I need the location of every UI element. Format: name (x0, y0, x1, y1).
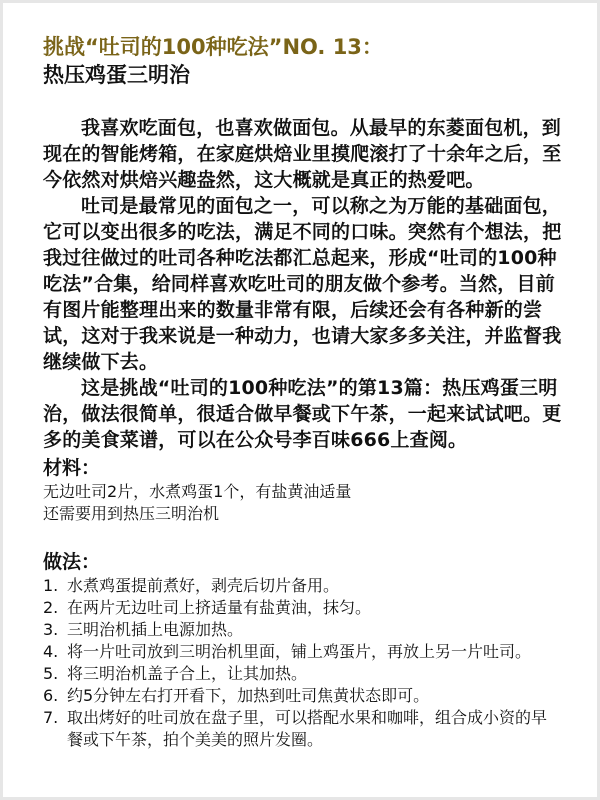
step-text: 将一片吐司放到三明治机里面，铺上鸡蛋片，再放上另一片吐司。 (67, 641, 557, 663)
step-number: 3. (43, 619, 67, 641)
step-text: 约5分钟左右打开看下，加热到吐司焦黄状态即可。 (67, 685, 557, 707)
step-text: 三明治机插上电源加热。 (67, 619, 557, 641)
step-number: 6. (43, 685, 67, 707)
step-text: 将三明治机盖子合上，让其加热。 (67, 663, 557, 685)
step-text: 水煮鸡蛋提前煮好，剥壳后切片备用。 (67, 575, 557, 597)
step-item: 3. 三明治机插上电源加热。 (43, 619, 583, 641)
step-item: 4. 将一片吐司放到三明治机里面，铺上鸡蛋片，再放上另一片吐司。 (43, 641, 583, 663)
step-item: 2. 在两片无边吐司上挤适量有盐黄油，抹匀。 (43, 597, 583, 619)
step-number: 2. (43, 597, 67, 619)
step-item: 5. 将三明治机盖子合上，让其加热。 (43, 663, 583, 685)
step-item: 1. 水煮鸡蛋提前煮好，剥壳后切片备用。 (43, 575, 583, 597)
method-heading: 做法： (43, 549, 583, 575)
page-subtitle: 热压鸡蛋三明治 (43, 61, 190, 89)
document-page: 挑战“吐司的100种吃法”NO. 13： 热压鸡蛋三明治 我喜欢吃面包，也喜欢做… (0, 0, 600, 800)
step-number: 5. (43, 663, 67, 685)
intro-paragraph: 我喜欢吃面包，也喜欢做面包。从最早的东菱面包机，到现在的智能烤箱，在家庭烘焙业里… (43, 115, 573, 193)
step-item: 7. 取出烤好的吐司放在盘子里，可以搭配水果和咖啡，组合成小资的早餐或下午茶，拍… (43, 707, 583, 751)
method-section: 做法： 1. 水煮鸡蛋提前煮好，剥壳后切片备用。 2. 在两片无边吐司上挤适量有… (43, 549, 583, 751)
materials-line: 还需要用到热压三明治机 (43, 503, 583, 525)
intro-paragraph: 吐司是最常见的面包之一，可以称之为万能的基础面包，它可以变出很多的吃法，满足不同… (43, 193, 573, 375)
intro-section: 我喜欢吃面包，也喜欢做面包。从最早的东菱面包机，到现在的智能烤箱，在家庭烘焙业里… (43, 115, 573, 453)
step-number: 1. (43, 575, 67, 597)
step-number: 4. (43, 641, 67, 663)
step-text: 在两片无边吐司上挤适量有盐黄油，抹匀。 (67, 597, 557, 619)
step-number: 7. (43, 707, 67, 751)
page-title: 挑战“吐司的100种吃法”NO. 13： (43, 33, 383, 61)
step-text: 取出烤好的吐司放在盘子里，可以搭配水果和咖啡，组合成小资的早餐或下午茶，拍个美美… (67, 707, 557, 751)
intro-paragraph: 这是挑战“吐司的100种吃法”的第13篇：热压鸡蛋三明治，做法很简单，很适合做早… (43, 375, 573, 453)
step-item: 6. 约5分钟左右打开看下，加热到吐司焦黄状态即可。 (43, 685, 583, 707)
steps-list: 1. 水煮鸡蛋提前煮好，剥壳后切片备用。 2. 在两片无边吐司上挤适量有盐黄油，… (43, 575, 583, 751)
materials-section: 材料： 无边吐司2片，水煮鸡蛋1个，有盐黄油适量 还需要用到热压三明治机 (43, 455, 583, 525)
materials-line: 无边吐司2片，水煮鸡蛋1个，有盐黄油适量 (43, 481, 583, 503)
materials-heading: 材料： (43, 455, 583, 481)
